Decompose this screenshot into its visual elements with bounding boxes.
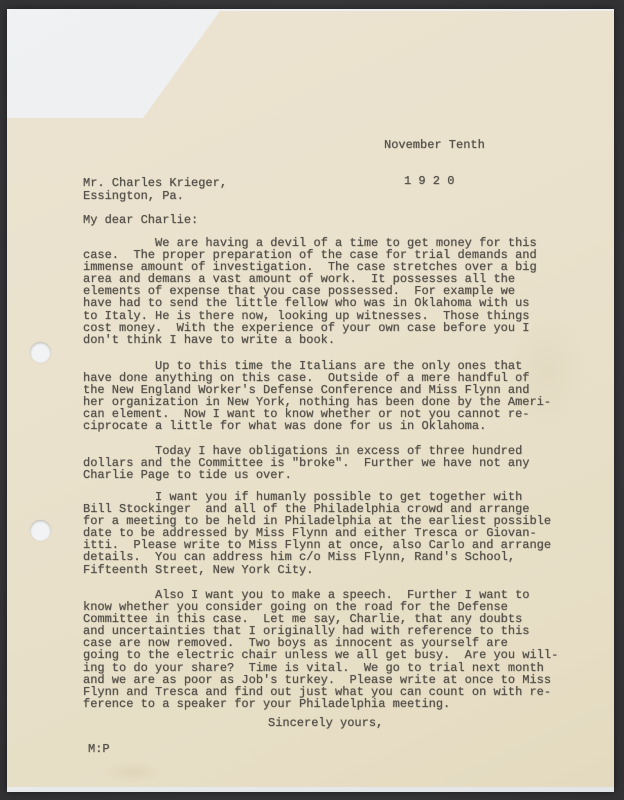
closing: Sincerely yours, bbox=[268, 717, 383, 729]
date-line-2: 1 9 2 0 bbox=[404, 175, 485, 187]
paper-stain bbox=[102, 761, 162, 783]
salutation: My dear Charlie: bbox=[83, 214, 198, 226]
recipient-address: Mr. Charles Krieger, Essington, Pa. bbox=[83, 177, 227, 202]
date-line-1: November Tenth bbox=[384, 139, 485, 151]
body-paragraph: I want you if humanly possible to get to… bbox=[83, 491, 551, 576]
paper-stack: November Tenth 1 9 2 0 Mr. Charles Krieg… bbox=[7, 9, 614, 792]
body-paragraph: Today I have obligations in excess of th… bbox=[83, 445, 529, 481]
typist-initials: M:P bbox=[88, 743, 110, 755]
body-paragraph: Also I want you to make a speech. Furthe… bbox=[83, 589, 558, 710]
date-block: November Tenth 1 9 2 0 bbox=[384, 115, 485, 212]
punch-hole bbox=[30, 520, 51, 541]
body-paragraph: We are having a devil of a time to get m… bbox=[83, 237, 537, 346]
letter-page: November Tenth 1 9 2 0 Mr. Charles Krieg… bbox=[7, 11, 614, 787]
body-paragraph: Up to this time the Italians are the onl… bbox=[83, 360, 551, 433]
punch-hole bbox=[30, 342, 51, 363]
scan-background: November Tenth 1 9 2 0 Mr. Charles Krieg… bbox=[0, 0, 624, 800]
